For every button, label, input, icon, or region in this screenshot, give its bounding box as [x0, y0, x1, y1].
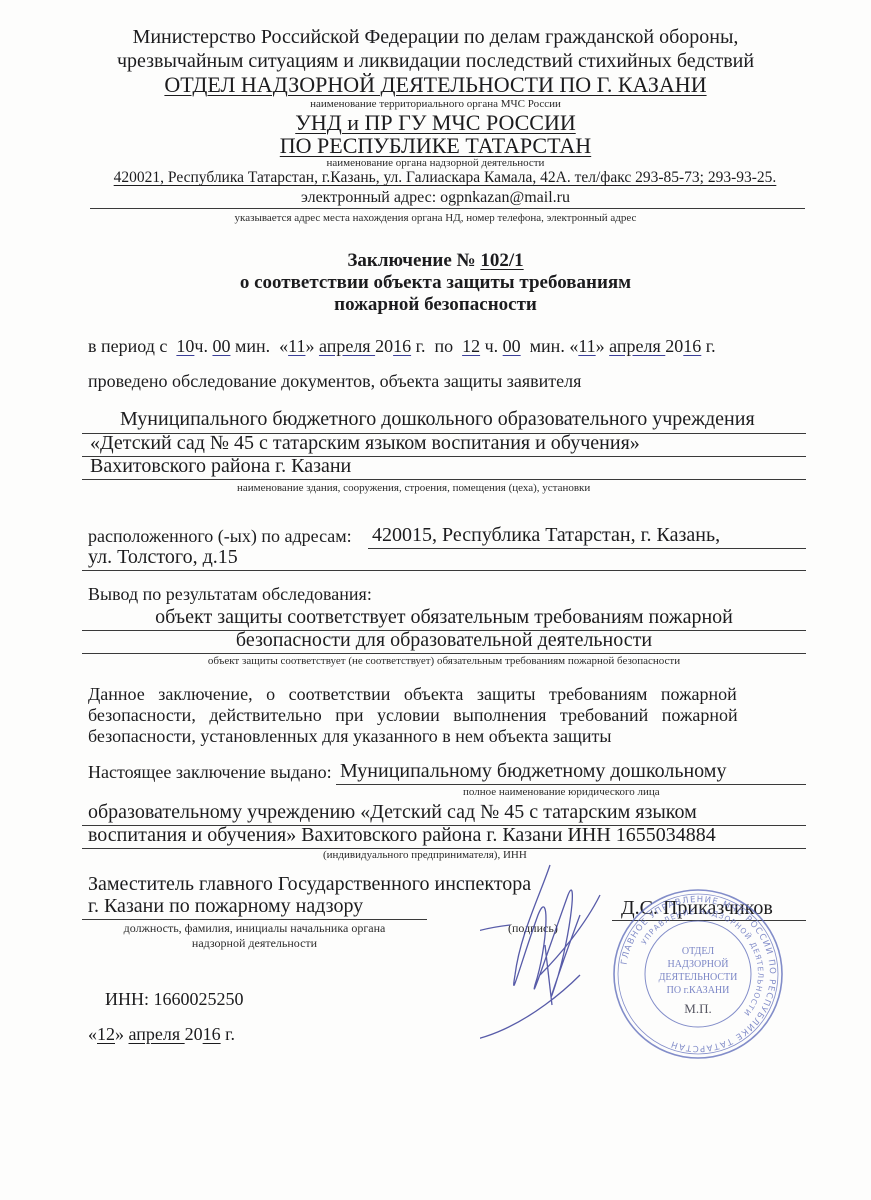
position-caption-2: надзорной деятельности	[82, 936, 427, 951]
form-line	[82, 653, 806, 654]
conclusion-line-1: объект защиты соответствует обязательным…	[82, 606, 806, 629]
date-day: 12	[97, 1024, 115, 1044]
issued-label: Настоящее заключение выдано:	[88, 762, 332, 783]
authority-email: электронный адрес: ogpnkazan@mail.ru	[0, 189, 871, 207]
conclusion-label: Вывод по результатам обследования:	[88, 584, 372, 605]
conclusion-line-2: безопасности для образовательной деятель…	[82, 629, 806, 652]
authority-caption: наименование органа надзорной деятельнос…	[0, 157, 871, 169]
authority-address: 420021, Республика Татарстан, г.Казань, …	[100, 169, 790, 187]
object-caption: наименование здания, сооружения, строени…	[237, 482, 590, 494]
year-label: г.	[706, 336, 716, 356]
issued-line-1: Муниципальному бюджетному дошкольному	[340, 760, 726, 783]
ministry-line-2: чрезвычайным ситуациям и ликвидации посл…	[0, 50, 871, 73]
validity-line-1: Данное заключение, о соответствии объект…	[88, 684, 737, 705]
issued-caption-1: полное наименование юридического лица	[463, 786, 660, 798]
validity-line-2: безопасности, действительно при условии …	[88, 705, 738, 726]
conclusion-number: 102/1	[480, 250, 523, 271]
position-caption-1: должность, фамилия, инициалы начальника …	[82, 921, 427, 936]
from-minute: 00	[212, 336, 230, 356]
address-label: расположенного (-ых) по адресам:	[88, 526, 352, 547]
title-line-3: пожарной безопасности	[0, 294, 871, 316]
issued-line-2: образовательному учреждению «Детский сад…	[88, 801, 697, 824]
hour-label: ч.	[485, 336, 499, 356]
department-caption: наименование территориального органа МЧС…	[0, 98, 871, 110]
svg-text:ДЕЯТЕЛЬНОСТИ: ДЕЯТЕЛЬНОСТИ	[659, 972, 738, 983]
inspection-period: в период с 10ч. 00 мин. «11» апреля 2016…	[88, 336, 716, 357]
hour-label: ч.	[194, 336, 208, 356]
authority-line-2: ПО РЕСПУБЛИКЕ ТАТАРСТАН	[0, 133, 871, 159]
svg-text:ПО г.КАЗАНИ: ПО г.КАЗАНИ	[667, 985, 730, 996]
svg-text:М.П.: М.П.	[684, 1001, 711, 1016]
address-caption: указывается адрес места нахождения орган…	[0, 212, 871, 224]
form-line	[336, 784, 806, 785]
signatory-inn: ИНН: 1660025250	[105, 989, 244, 1010]
to-month: апреля	[609, 336, 665, 356]
to-minute: 00	[503, 336, 521, 356]
minute-label: мин.	[235, 336, 270, 356]
official-stamp-icon: ГЛАВНОЕ УПРАВЛЕНИЕ МЧС РОССИИ ПО РЕСПУБЛ…	[612, 888, 784, 1060]
form-line	[82, 570, 806, 571]
department-name: ОТДЕЛ НАДЗОРНОЙ ДЕЯТЕЛЬНОСТИ ПО Г. КАЗАН…	[0, 72, 871, 98]
title-prefix: Заключение №	[347, 250, 480, 271]
period-from-label: в период с	[88, 336, 167, 356]
to-day: 11	[578, 336, 595, 356]
to-year-prefix: 20	[665, 336, 683, 356]
from-year-prefix: 20	[375, 336, 393, 356]
year-label: г.	[225, 1024, 235, 1044]
validity-line-3: безопасности, установленных для указанно…	[88, 726, 611, 747]
signature-caption: (подпись)	[508, 921, 558, 936]
from-hour: 10	[176, 336, 194, 356]
svg-text:НАДЗОРНОЙ: НАДЗОРНОЙ	[668, 958, 729, 970]
svg-text:ОТДЕЛ: ОТДЕЛ	[682, 946, 714, 957]
form-line	[82, 479, 806, 480]
date-month: апреля	[129, 1024, 185, 1044]
issued-line-3: воспитания и обучения» Вахитовского райо…	[88, 824, 716, 847]
title-line-2: о соответствии объекта защиты требования…	[0, 272, 871, 294]
quote-close: »	[115, 1024, 124, 1044]
title-line-1: Заключение № 102/1	[0, 250, 871, 272]
date-year-prefix: 20	[185, 1024, 203, 1044]
divider-line	[90, 208, 805, 209]
object-line-2: «Детский сад № 45 с татарским языком вос…	[90, 432, 640, 455]
quote-open: «	[88, 1024, 97, 1044]
from-day: 11	[288, 336, 305, 356]
period-to-label: по	[434, 336, 453, 356]
form-line	[82, 919, 427, 920]
object-line-3: Вахитовского района г. Казани	[90, 455, 351, 478]
date-year-suffix: 16	[203, 1024, 221, 1044]
conclusion-caption: объект защиты соответствует (не соответс…	[82, 655, 806, 667]
position-line-1: Заместитель главного Государственного ин…	[88, 873, 531, 896]
form-line	[368, 548, 806, 549]
issue-date: «12» апреля 2016 г.	[88, 1024, 235, 1045]
address-line-2: ул. Толстого, д.15	[88, 546, 238, 569]
position-line-2: г. Казани по пожарному надзору	[88, 895, 363, 918]
to-year-suffix: 16	[683, 336, 701, 356]
year-label: г.	[416, 336, 426, 356]
minute-label: мин.	[530, 336, 565, 356]
issued-caption-2: (индивидуального предпринимателя), ИНН	[323, 849, 527, 861]
inspection-intro: проведено обследование документов, объек…	[88, 371, 581, 392]
from-year-suffix: 16	[393, 336, 411, 356]
address-line-1: 420015, Республика Татарстан, г. Казань,	[372, 524, 720, 547]
object-line-1: Муниципального бюджетного дошкольного об…	[120, 408, 755, 431]
from-month: апреля	[319, 336, 375, 356]
ministry-line-1: Министерство Российской Федерации по дел…	[0, 26, 871, 49]
to-hour: 12	[462, 336, 480, 356]
